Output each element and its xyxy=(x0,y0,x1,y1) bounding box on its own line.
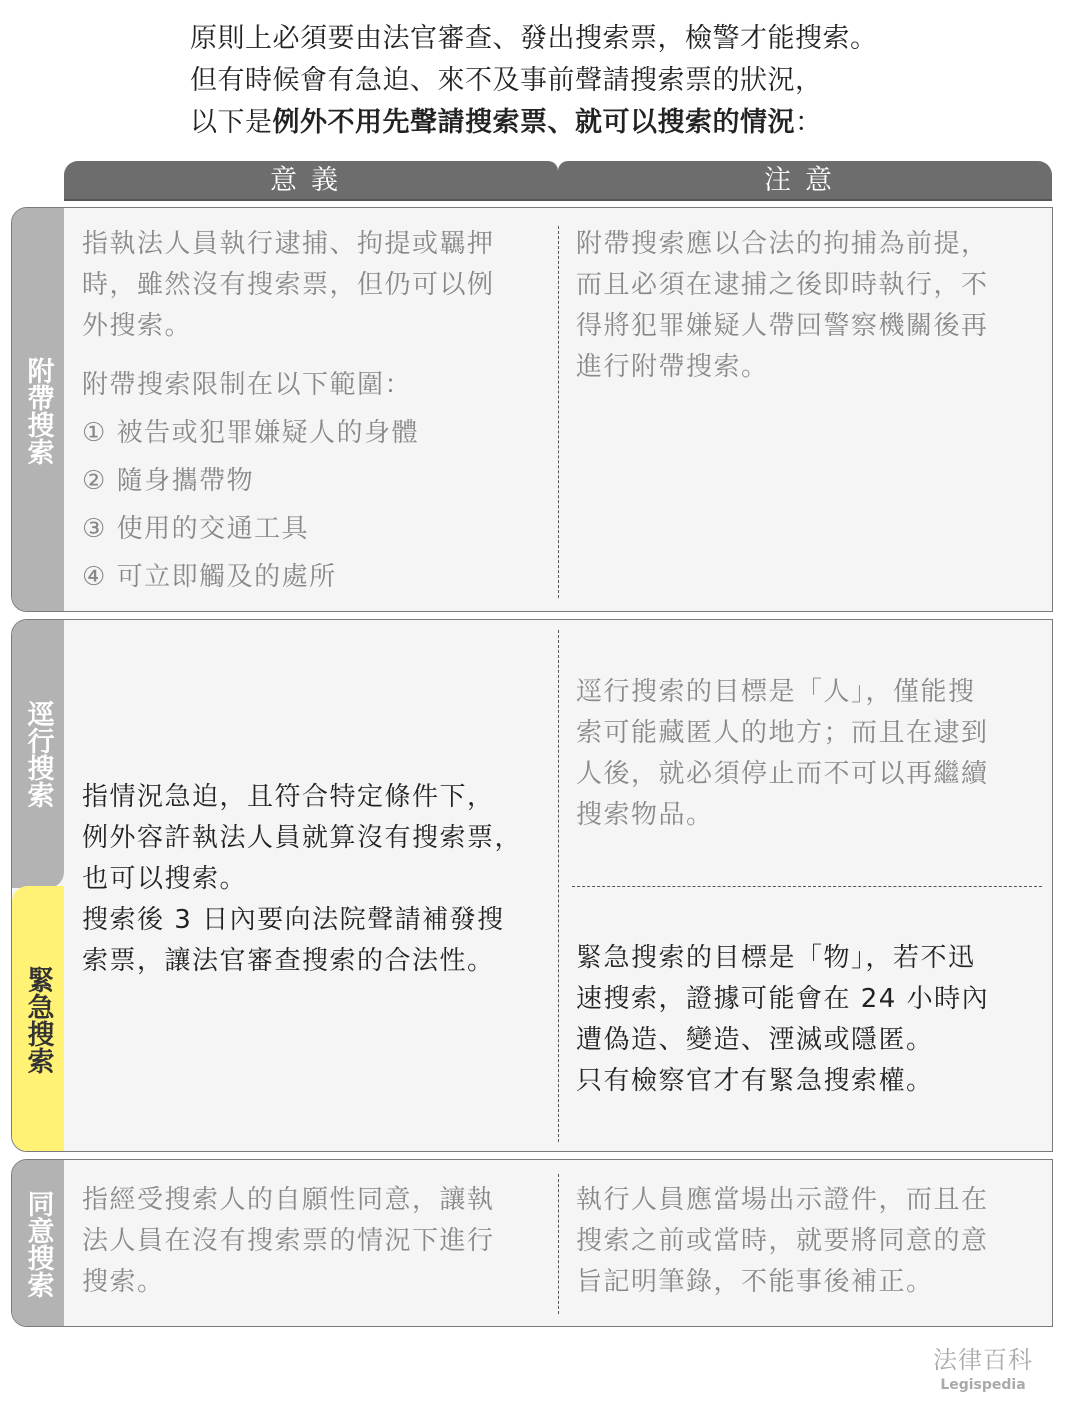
meaning-cell-consent: 指經受搜索人的自願性同意，讓執 法人員在沒有搜索票的情況下進行 搜索。 xyxy=(82,1180,552,1303)
intro-line-3-suffix: ： xyxy=(795,107,823,138)
text-line: 外搜索。 xyxy=(82,306,552,347)
scope-title: 附帶搜索限制在以下範圍： xyxy=(82,365,552,406)
tag-consent-search: 同意搜索 xyxy=(12,1160,64,1327)
text-line: 搜索。 xyxy=(82,1262,552,1303)
text-line: 旨記明筆錄，不能事後補正。 xyxy=(576,1262,1046,1303)
text-line: 指情況急迫，且符合特定條件下， xyxy=(82,777,552,818)
text-line: 緊急搜索的目標是「物」，若不迅 xyxy=(576,938,1046,979)
text-line: 指執法人員執行逮捕、拘提或羈押 xyxy=(82,224,552,265)
tag-direct-search: 逕行搜索 xyxy=(12,620,64,888)
intro-line-3-prefix: 以下是 xyxy=(190,107,273,138)
column-divider xyxy=(558,226,559,598)
intro-line-3-bold: 例外不用先聲請搜索票、就可以搜索的情況 xyxy=(273,107,796,138)
text-line: 索票，讓法官審查搜索的合法性。 xyxy=(82,941,552,982)
column-divider xyxy=(558,630,559,1142)
scope-item: ④ 可立即觸及的處所 xyxy=(82,557,552,598)
intro-line-1: 原則上必須要由法官審查、發出搜索票，檢警才能搜索。 xyxy=(190,18,950,60)
row-divider xyxy=(572,886,1042,887)
text-line: 速搜索，證據可能會在 24 小時內 xyxy=(576,979,1046,1020)
text-line: 搜索後 3 日內要向法院聲請補發搜 xyxy=(82,900,552,941)
intro-text: 原則上必須要由法官審查、發出搜索票，檢警才能搜索。 但有時候會有急迫、來不及事前… xyxy=(190,18,950,144)
column-header-notes: 注意 xyxy=(558,161,1052,201)
scope-item: ② 隨身攜帶物 xyxy=(82,461,552,502)
notes-cell-direct: 逕行搜索的目標是「人」，僅能搜 索可能藏匿人的地方；而且在逮到 人後，就必須停止… xyxy=(576,672,1046,836)
column-divider xyxy=(558,1174,559,1314)
text-line: 而且必須在逮捕之後即時執行，不 xyxy=(576,265,1046,306)
tag-label: 同意搜索 xyxy=(25,1190,52,1298)
text-line: 時，雖然沒有搜索票，但仍可以例 xyxy=(82,265,552,306)
text-line: 指經受搜索人的自願性同意，讓執 xyxy=(82,1180,552,1221)
section-consent-search: 同意搜索 指經受搜索人的自願性同意，讓執 法人員在沒有搜索票的情況下進行 搜索。… xyxy=(11,1159,1053,1327)
text-line: 附帶搜索應以合法的拘捕為前提， xyxy=(576,224,1046,265)
logo-en: Legispedia xyxy=(933,1377,1033,1393)
intro-line-2: 但有時候會有急迫、來不及事前聲請搜索票的狀況， xyxy=(190,60,950,102)
text-line: 例外容許執法人員就算沒有搜索票， xyxy=(82,818,552,859)
logo-cn: 法律百科 xyxy=(933,1340,1033,1375)
text-line: 得將犯罪嫌疑人帶回警察機關後再 xyxy=(576,306,1046,347)
text-line: 索可能藏匿人的地方；而且在逮到 xyxy=(576,713,1046,754)
column-header-meaning: 意義 xyxy=(64,161,558,201)
tag-emergency-search: 緊急搜索 xyxy=(12,886,64,1152)
legispedia-logo: 法律百科 Legispedia xyxy=(933,1340,1033,1393)
tag-incidental-search: 附帶搜索 xyxy=(12,208,64,612)
tag-label: 緊急搜索 xyxy=(25,966,52,1074)
text-line: 進行附帶搜索。 xyxy=(576,347,1046,388)
section-incidental-search: 附帶搜索 指執法人員執行逮捕、拘提或羈押 時，雖然沒有搜索票，但仍可以例 外搜索… xyxy=(11,207,1053,612)
meaning-cell-shared: 指情況急迫，且符合特定條件下， 例外容許執法人員就算沒有搜索票， 也可以搜索。 … xyxy=(82,777,552,982)
section-direct-and-emergency-search: 逕行搜索 緊急搜索 指情況急迫，且符合特定條件下， 例外容許執法人員就算沒有搜索… xyxy=(11,619,1053,1152)
text-line: 搜索物品。 xyxy=(576,795,1046,836)
text-line: 執行人員應當場出示證件，而且在 xyxy=(576,1180,1046,1221)
text-line: 也可以搜索。 xyxy=(82,859,552,900)
tag-label: 附帶搜索 xyxy=(25,357,52,465)
scope-item: ① 被告或犯罪嫌疑人的身體 xyxy=(82,413,552,454)
intro-line-3: 以下是例外不用先聲請搜索票、就可以搜索的情況： xyxy=(190,102,950,144)
meaning-cell-incidental: 指執法人員執行逮捕、拘提或羈押 時，雖然沒有搜索票，但仍可以例 外搜索。 附帶搜… xyxy=(82,224,552,598)
text-line: 法人員在沒有搜索票的情況下進行 xyxy=(82,1221,552,1262)
notes-cell-emergency: 緊急搜索的目標是「物」，若不迅 速搜索，證據可能會在 24 小時內 遭偽造、變造… xyxy=(576,938,1046,1102)
tag-label: 逕行搜索 xyxy=(25,700,52,808)
notes-cell-consent: 執行人員應當場出示證件，而且在 搜索之前或當時，就要將同意的意 旨記明筆錄，不能… xyxy=(576,1180,1046,1303)
notes-cell-incidental: 附帶搜索應以合法的拘捕為前提， 而且必須在逮捕之後即時執行，不 得將犯罪嫌疑人帶… xyxy=(576,224,1046,388)
text-line: 只有檢察官才有緊急搜索權。 xyxy=(576,1061,1046,1102)
text-line: 人後，就必須停止而不可以再繼續 xyxy=(576,754,1046,795)
text-line: 逕行搜索的目標是「人」，僅能搜 xyxy=(576,672,1046,713)
text-line: 遭偽造、變造、湮滅或隱匿。 xyxy=(576,1020,1046,1061)
text-line: 搜索之前或當時，就要將同意的意 xyxy=(576,1221,1046,1262)
scope-item: ③ 使用的交通工具 xyxy=(82,509,552,550)
